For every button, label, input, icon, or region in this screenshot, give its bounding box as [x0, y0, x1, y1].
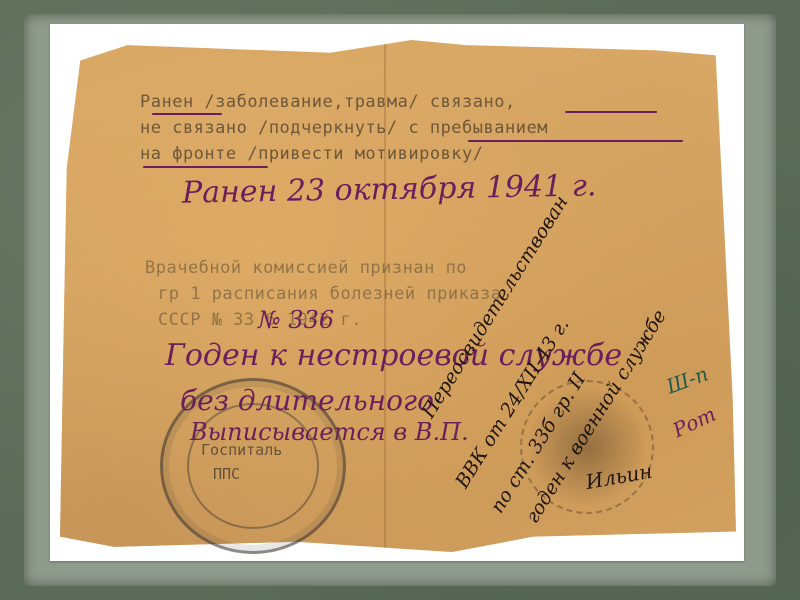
handwritten-wound-date: Ранен 23 октября 1941 г.	[182, 168, 597, 210]
underline-na-fronte	[143, 166, 268, 168]
typed-line-1: Ранен /заболевание,травма/ связано,	[140, 92, 516, 112]
stamp-line-2: ППС	[213, 465, 240, 483]
verdict-line-3: Выписывается в В.П.	[190, 418, 469, 446]
underline-ranen	[152, 113, 222, 115]
handwritten-order-number: № 336	[258, 306, 334, 334]
typed-line-2: не связано /подчеркнуть/ с пребыванием	[140, 118, 548, 138]
commission-line-1: Врачебной комиссией признан по	[145, 258, 467, 278]
commission-line-2: гр 1 расписания болезней приказа	[158, 284, 502, 304]
verdict-line-2: без длительного	[180, 384, 434, 417]
typed-line-3: на фронте /привести мотивировку/	[140, 144, 484, 164]
underline-s-prebyvaniem	[468, 140, 683, 142]
underline-svyazano	[565, 111, 657, 113]
